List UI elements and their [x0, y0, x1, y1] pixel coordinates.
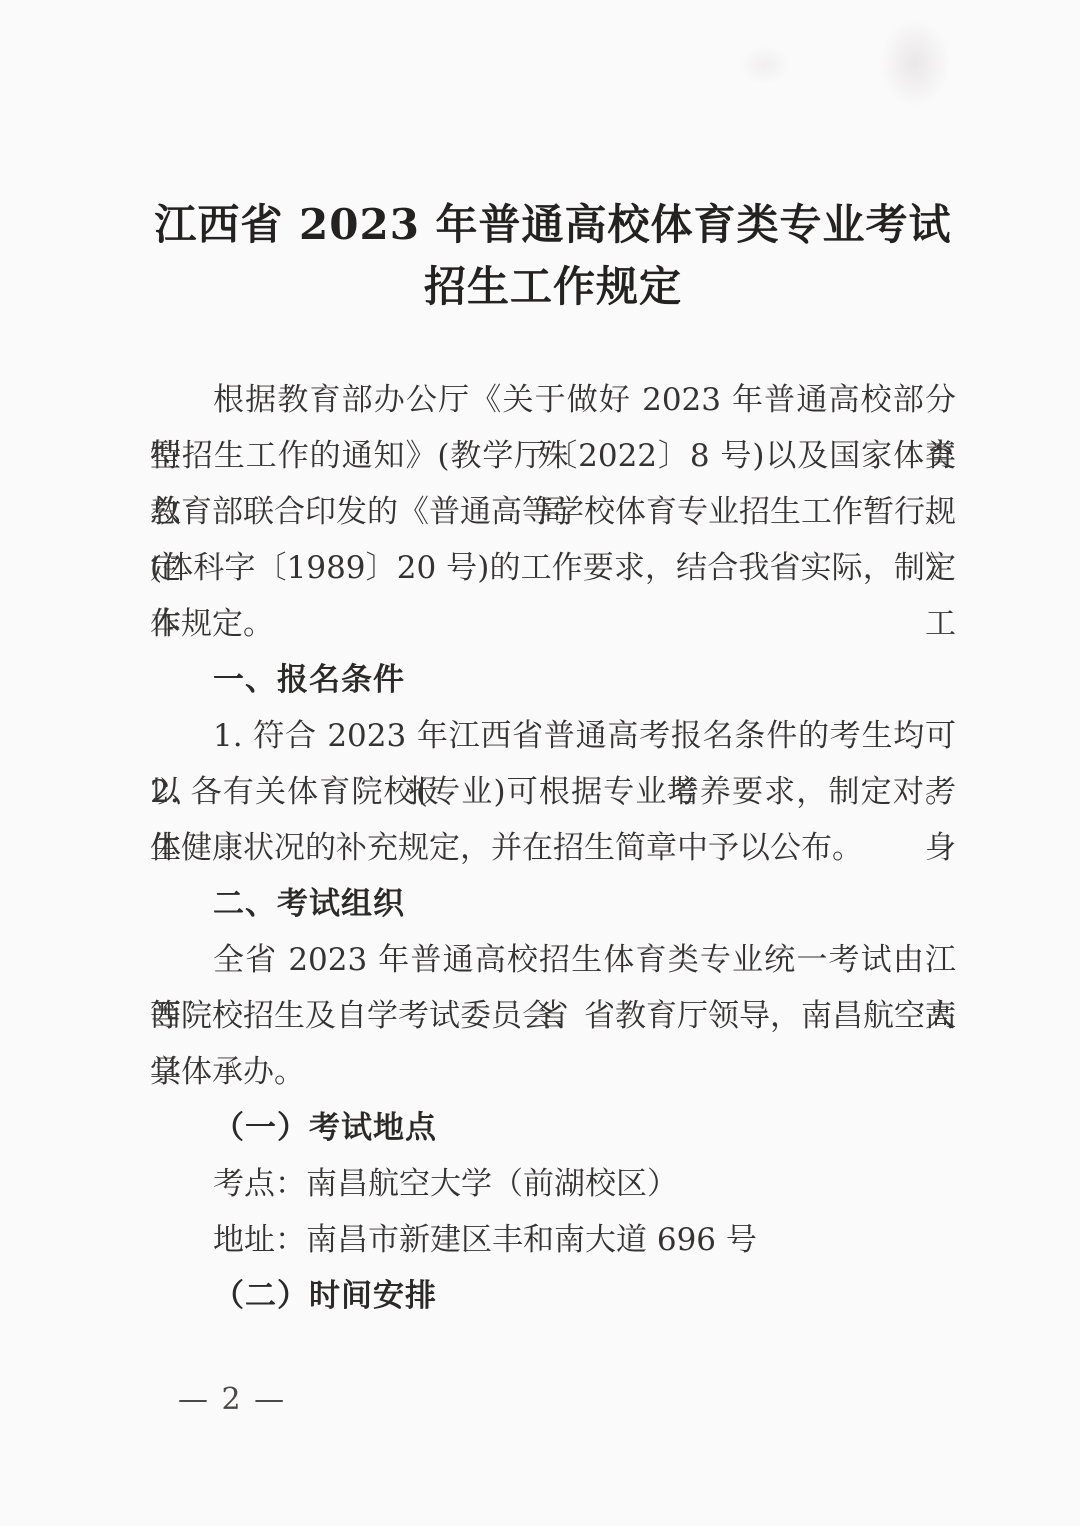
- subsection-2-heading: （二）时间安排: [150, 1268, 956, 1324]
- document-title: 江西省 2023 年普通高校体育类专业考试 招生工作规定: [150, 194, 956, 318]
- section-2-line-3: 具体承办。: [150, 1044, 956, 1100]
- section-2-line-2: 等院校招生及自学考试委员会、省教育厅领导，南昌航空大学: [150, 988, 956, 1044]
- document-title-line-1: 江西省 2023 年普通高校体育类专业考试: [150, 194, 956, 256]
- section-2-heading: 二、考试组织: [150, 876, 956, 932]
- scan-artifact: [880, 18, 950, 108]
- intro-line-3: 教育部联合印发的《普通高等学校体育专业招生工作暂行规定》: [150, 484, 956, 540]
- page-number: — 2 —: [178, 1380, 286, 1420]
- exam-site-line: 考点：南昌航空大学（前湖校区）: [150, 1156, 956, 1212]
- document-body: 根据教育部办公厅《关于做好 2023 年普通高校部分特殊类 型招生工作的通知》(…: [150, 372, 956, 1324]
- section-1-line-3: 体健康状况的补充规定，并在招生简章中予以公布。: [150, 820, 956, 876]
- subsection-1-heading: （一）考试地点: [150, 1100, 956, 1156]
- scan-artifact: [740, 45, 790, 85]
- section-2-line-1: 全省 2023 年普通高校招生体育类专业统一考试由江西省高: [150, 932, 956, 988]
- document-page: 江西省 2023 年普通高校体育类专业考试 招生工作规定 根据教育部办公厅《关于…: [0, 0, 1080, 1526]
- section-1-line-2: 2. 各有关体育院校(专业)可根据专业培养要求，制定对考生身: [150, 764, 956, 820]
- section-1-line-1: 1. 符合 2023 年江西省普通高考报名条件的考生均可以报考。: [150, 708, 956, 764]
- exam-address-line: 地址：南昌市新建区丰和南大道 696 号: [150, 1212, 956, 1268]
- intro-line-1: 根据教育部办公厅《关于做好 2023 年普通高校部分特殊类: [150, 372, 956, 428]
- section-1-heading: 一、报名条件: [150, 652, 956, 708]
- intro-line-2: 型招生工作的通知》(教学厅〔2022〕8 号)以及国家体育总局、: [150, 428, 956, 484]
- intro-line-4: (体科字〔1989〕20 号)的工作要求，结合我省实际，制定本工: [150, 540, 956, 596]
- document-title-line-2: 招生工作规定: [150, 256, 956, 318]
